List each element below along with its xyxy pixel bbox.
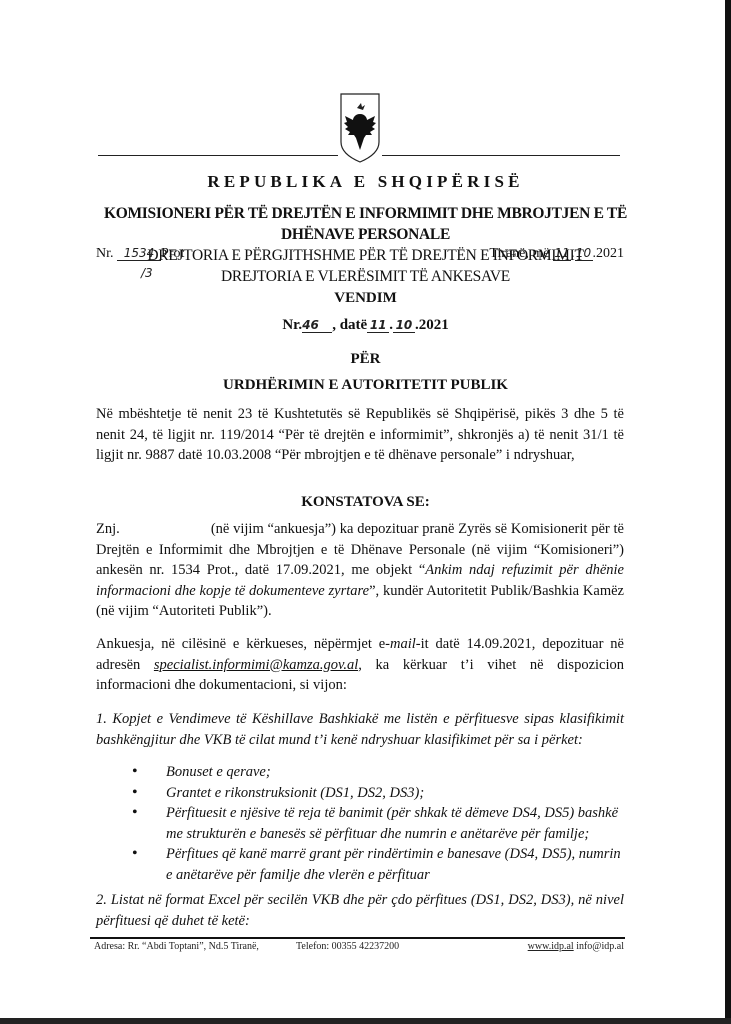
request-paragraph: Ankuesja, në cilësinë e kërkueses, nëpër… — [96, 634, 624, 696]
request-item-1-bullets: Bonuset e qerave; Grantet e rikonstruksi… — [132, 762, 624, 885]
decision-day: 11 — [367, 318, 389, 333]
place-date-day: 11 — [553, 246, 571, 261]
list-item: Përfitues që kanë marrë grant për rindër… — [132, 844, 624, 885]
place-date-month: 10 — [575, 246, 593, 261]
legal-basis-paragraph: Në mbështetje të nenit 23 të Kushtetutës… — [96, 404, 624, 466]
request-item-2: 2. Listat në format Excel për secilën VK… — [96, 890, 624, 931]
place-date: Tiranë, më 11.10.2021 — [470, 246, 624, 262]
list-item: Bonuset e qerave; — [132, 762, 624, 783]
decision-subject: URDHËRIMIN E AUTORITETIT PUBLIK — [0, 377, 731, 394]
document-page: REPUBLIKA E SHQIPËRISË KOMISIONERI PËR T… — [0, 0, 731, 1024]
protocol-number: Nr. 1534Prot — [96, 246, 184, 262]
footer-web-email: www.idp.al info@idp.al — [500, 941, 624, 952]
for-heading: PËR — [0, 351, 731, 368]
decision-number-date: Nr.46, datë11.10.2021 — [0, 317, 731, 334]
coat-of-arms-icon — [339, 92, 381, 164]
list-item: Grantet e rikonstruksionit (DS1, DS2, DS… — [132, 783, 624, 804]
request-item-1: 1. Kopjet e Vendimeve të Këshillave Bash… — [96, 709, 624, 750]
protocol-number-handwritten: 1534 — [117, 246, 161, 261]
decision-month: 10 — [393, 318, 415, 333]
website-link[interactable]: www.idp.al — [528, 941, 574, 952]
header-rule-right — [382, 155, 620, 156]
footer-email[interactable]: info@idp.al — [574, 941, 624, 952]
footer-address: Adresa: Rr. “Abdi Toptani”, Nd.5 Tiranë, — [94, 941, 259, 952]
institution-name-line1: KOMISIONERI PËR TË DREJTËN E INFORMIMIT … — [0, 205, 731, 223]
header-rule-left — [98, 155, 338, 156]
decision-number-handwritten: 46 — [302, 318, 332, 333]
republic-title: REPUBLIKA E SHQIPËRISË — [0, 172, 731, 192]
directorate-complaints: DREJTORIA E VLERËSIMIT TË ANKESAVE — [0, 268, 731, 286]
complaint-paragraph: Znj. (në vijim “ankuesja”) ka depozituar… — [96, 519, 624, 622]
email-link[interactable]: specialist.informimi@kamza.gov.al, — [154, 657, 362, 673]
institution-name-line2: DHËNAVE PERSONALE — [0, 226, 731, 244]
footer-phone: Telefon: 00355 42237200 — [296, 941, 399, 952]
list-item: Përfituesit e njësive të reja të banimit… — [132, 803, 624, 844]
scan-edge-right — [725, 0, 731, 1024]
footer-rule — [90, 937, 625, 939]
findings-heading: KONSTATOVA SE: — [0, 494, 731, 511]
protocol-sub-number: /3 — [141, 266, 153, 280]
scan-edge-bottom — [0, 1018, 731, 1024]
decision-title: VENDIM — [0, 290, 731, 307]
